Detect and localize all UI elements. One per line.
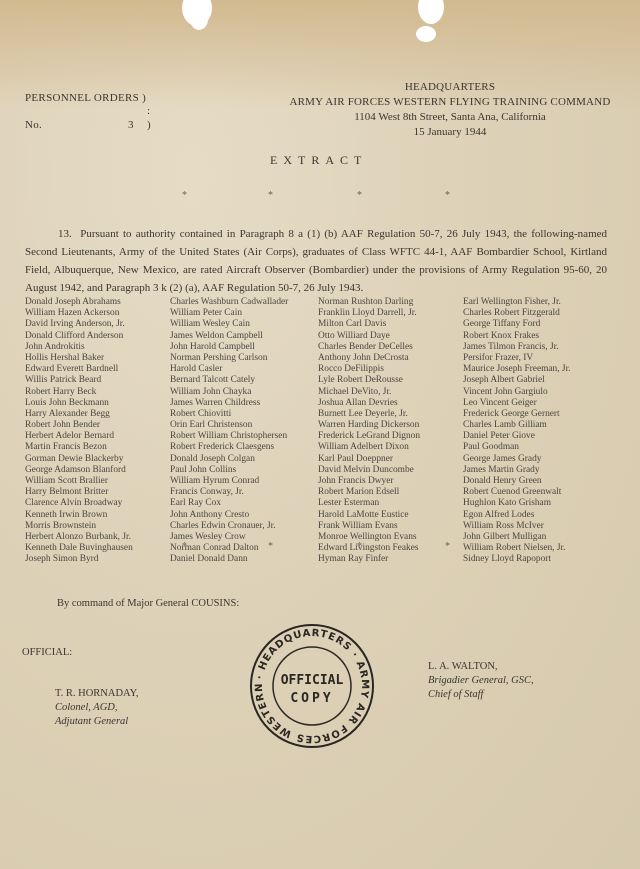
star: * (268, 190, 273, 201)
stamp-official-text: OFFICIAL (281, 673, 344, 688)
star: * (445, 190, 450, 201)
star: * (182, 541, 187, 552)
graduate-name: Donald Joseph Abrahams (25, 297, 133, 308)
names-column-3: Norman Rushton DarlingFranklin Lloyd Dar… (318, 297, 420, 566)
graduate-name: Charles Edwin Cronauer, Jr. (170, 521, 288, 532)
punch-hole (416, 26, 436, 42)
graduate-name: William Hyrum Conrad (170, 476, 288, 487)
graduate-name: Louis John Beckmann (25, 398, 133, 409)
star: * (268, 541, 273, 552)
number-label: No. (25, 119, 42, 131)
paragraph-text: Pursuant to authority contained in Parag… (25, 228, 607, 294)
graduate-name: George Tiffany Ford (463, 319, 571, 330)
official-copy-stamp: · HEADQUARTERS · ARMY AIR FORCES WESTERN… (248, 622, 376, 750)
graduate-name: Milton Carl Davis (318, 319, 420, 330)
adjutant-signature: T. R. HORNADAY, Colonel, AGD, Adjutant G… (55, 687, 139, 729)
graduate-name: Lyle Robert DeRousse (318, 375, 420, 386)
separator-stars: * * * * (0, 541, 640, 553)
graduate-name: Robert Knox Frakes (463, 331, 571, 342)
graduate-name: Paul John Collins (170, 465, 288, 476)
headquarters-block: HEADQUARTERS ARMY AIR FORCES WESTERN FLY… (240, 80, 640, 140)
graduate-name: Frederick LeGrand Dignon (318, 431, 420, 442)
graduate-name: Robert William Christophersen (170, 431, 288, 442)
graduate-name: Gorman Dewie Blackerby (25, 454, 133, 465)
graduate-name: Norman Rushton Darling (318, 297, 420, 308)
graduate-name: John Androkitis (25, 342, 133, 353)
graduate-name: Earl Wellington Fisher, Jr. (463, 297, 571, 308)
graduate-name: Hollis Hershal Baker (25, 353, 133, 364)
number-paren: ) (147, 119, 151, 131)
graduate-name: Daniel Donald Dann (170, 554, 288, 565)
graduate-name: Herbert Adelor Bernard (25, 431, 133, 442)
graduate-name: Morris Brownstein (25, 521, 133, 532)
graduate-name: Robert Frederick Claesgens (170, 442, 288, 453)
graduate-name: George James Grady (463, 454, 571, 465)
star: * (357, 541, 362, 552)
signer-rank: Brigadier General, GSC, (428, 674, 534, 688)
address: 1104 West 8th Street, Santa Ana, Califor… (240, 110, 640, 125)
graduate-name: Norman Pershing Carlson (170, 353, 288, 364)
graduate-name: George Adamson Blanford (25, 465, 133, 476)
graduate-name: Harold Casler (170, 364, 288, 375)
graduate-name: Charles Robert Fitzgerald (463, 308, 571, 319)
stamp-copy-text: COPY (290, 691, 333, 706)
graduate-name: Karl Paul Doeppner (318, 454, 420, 465)
paragraph-number: 13. (58, 228, 72, 240)
graduate-name: Donald Henry Green (463, 476, 571, 487)
graduate-name: Clarence Alvin Broadway (25, 498, 133, 509)
graduate-name: Charles Washburn Cadwallader (170, 297, 288, 308)
graduate-name: Frederick George Gernert (463, 409, 571, 420)
graduate-name: Michael DeVito, Jr. (318, 387, 420, 398)
graduate-name: Francis Conway, Jr. (170, 487, 288, 498)
graduate-name: James Weldon Campbell (170, 331, 288, 342)
star: * (357, 190, 362, 201)
graduate-name: Donald Joseph Colgan (170, 454, 288, 465)
graduate-name: Maurice Joseph Freeman, Jr. (463, 364, 571, 375)
graduate-name: Warren Harding Dickerson (318, 420, 420, 431)
graduate-name: Edward Everett Bardnell (25, 364, 133, 375)
graduate-name: Franklin Lloyd Darrell, Jr. (318, 308, 420, 319)
official-label: OFFICIAL: (22, 647, 72, 658)
graduate-name: James Warren Childress (170, 398, 288, 409)
order-date: 15 January 1944 (240, 125, 640, 140)
names-column-1: Donald Joseph AbrahamsWilliam Hazen Acke… (25, 297, 133, 566)
graduate-name: Joseph Albert Gabriel (463, 375, 571, 386)
punch-hole (190, 8, 208, 30)
graduate-name: Willis Patrick Beard (25, 375, 133, 386)
graduate-name: William Adelbert Dixon (318, 442, 420, 453)
graduate-name: Orin Earl Christenson (170, 420, 288, 431)
star: * (182, 190, 187, 201)
graduate-name: Donald Clifford Anderson (25, 331, 133, 342)
graduate-name: Lester Esterman (318, 498, 420, 509)
graduate-name: William Peter Cain (170, 308, 288, 319)
signer-name: L. A. WALTON, (428, 660, 534, 674)
graduate-name: William Ross McIver (463, 521, 571, 532)
graduate-name: Martin Francis Bezon (25, 442, 133, 453)
order-paragraph: 13. Pursuant to authority contained in P… (25, 225, 607, 297)
signer-title: Adjutant General (55, 715, 139, 729)
signer-title: Chief of Staff (428, 688, 534, 702)
graduate-name: William Wesley Cain (170, 319, 288, 330)
graduate-name: John Francis Dwyer (318, 476, 420, 487)
star: * (445, 541, 450, 552)
graduate-name: Charles Lamb Gilliam (463, 420, 571, 431)
graduate-name: Harry Alexander Begg (25, 409, 133, 420)
extract-heading: EXTRACT (270, 153, 367, 168)
graduate-name: Earl Ray Cox (170, 498, 288, 509)
graduate-name: Joseph Simon Byrd (25, 554, 133, 565)
graduate-name: John Harold Campbell (170, 342, 288, 353)
command-name: ARMY AIR FORCES WESTERN FLYING TRAINING … (240, 95, 640, 110)
graduate-name: Harry Belmont Britter (25, 487, 133, 498)
graduate-name: Robert Marion Edsell (318, 487, 420, 498)
graduate-name: James Martin Grady (463, 465, 571, 476)
graduate-name: Leo Vincent Geiger (463, 398, 571, 409)
graduate-name: John Anthony Cresto (170, 510, 288, 521)
hq-title: HEADQUARTERS (240, 80, 640, 95)
names-column-2: Charles Washburn CadwalladerWilliam Pete… (170, 297, 288, 566)
graduate-name: William Hazen Ackerson (25, 308, 133, 319)
graduate-name: Charles Bender DeCelles (318, 342, 420, 353)
graduate-name: Hughlon Kato Grisham (463, 498, 571, 509)
by-command-line: By command of Major General COUSINS: (57, 598, 239, 609)
graduate-name: James Tilmon Francis, Jr. (463, 342, 571, 353)
graduate-name: Daniel Peter Giove (463, 431, 571, 442)
graduate-name: Kenneth Irwin Brown (25, 510, 133, 521)
graduate-name: Burnett Lee Deyerle, Jr. (318, 409, 420, 420)
chief-of-staff-signature: L. A. WALTON, Brigadier General, GSC, Ch… (428, 660, 534, 702)
graduate-name: Frank William Evans (318, 521, 420, 532)
graduate-name: Joshua Allan Devries (318, 398, 420, 409)
graduate-name: William John Chayka (170, 387, 288, 398)
graduate-name: Vincent John Gargiulo (463, 387, 571, 398)
graduate-name: Paul Goodman (463, 442, 571, 453)
graduate-name: Robert Harry Beck (25, 387, 133, 398)
orders-label: PERSONNEL ORDERS ) (25, 92, 146, 104)
separator-stars: * * * * (0, 190, 640, 202)
graduate-name: Persifor Frazer, IV (463, 353, 571, 364)
graduate-name: William Scott Brallier (25, 476, 133, 487)
names-column-4: Earl Wellington Fisher, Jr.Charles Rober… (463, 297, 571, 566)
graduate-name: Anthony John DeCrosta (318, 353, 420, 364)
graduate-name: Rocco DeFilippis (318, 364, 420, 375)
graduate-name: Robert Cuenod Greenwalt (463, 487, 571, 498)
graduate-name: Robert John Bender (25, 420, 133, 431)
number-value: 3 (128, 119, 134, 131)
graduate-name: Hyman Ray Finfer (318, 554, 420, 565)
graduate-name: David Melvin Duncombe (318, 465, 420, 476)
orders-colon: : (147, 105, 150, 117)
signer-name: T. R. HORNADAY, (55, 687, 139, 701)
graduate-name: David Irving Anderson, Jr. (25, 319, 133, 330)
graduate-name: Egon Alfred Lodes (463, 510, 571, 521)
graduate-name: Sidney Lloyd Rapoport (463, 554, 571, 565)
signer-rank: Colonel, AGD, (55, 701, 139, 715)
graduate-name: Harold LaMotte Eustice (318, 510, 420, 521)
graduate-name: Otto Williard Daye (318, 331, 420, 342)
graduate-name: Robert Chiovitti (170, 409, 288, 420)
graduate-name: Bernard Talcott Cately (170, 375, 288, 386)
